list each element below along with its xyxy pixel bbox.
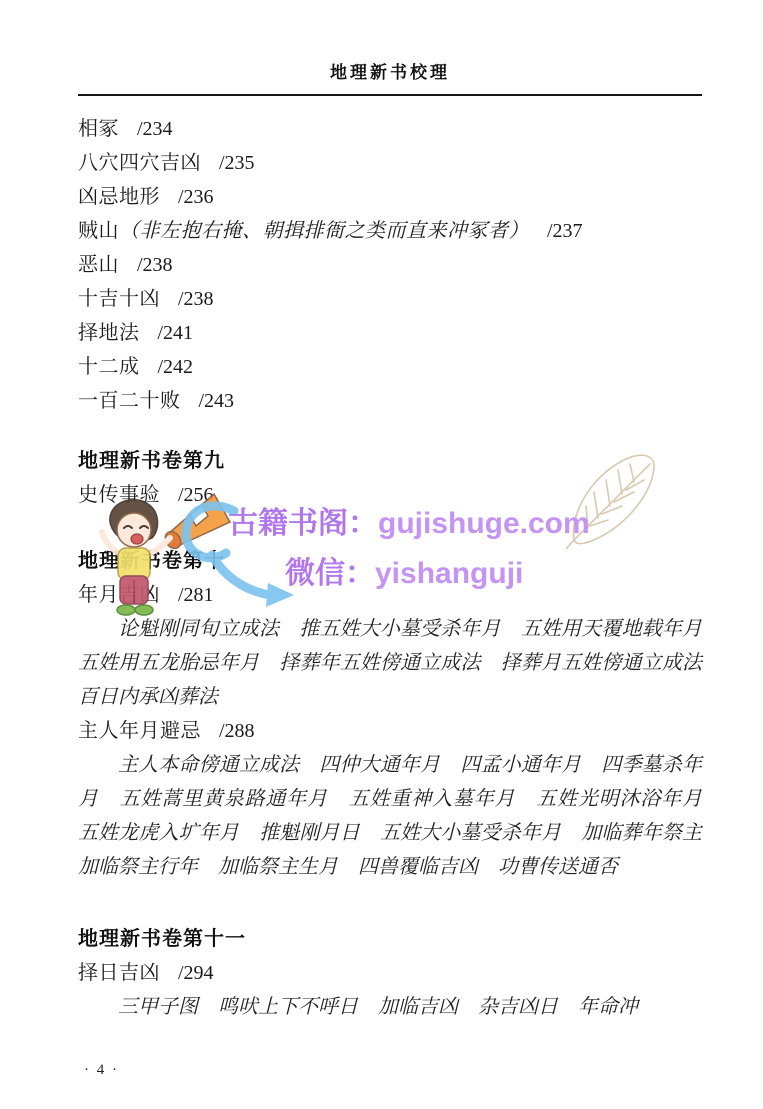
toc-entry: 主人年月避忌/288 <box>78 714 702 748</box>
toc-entry: 十二成/242 <box>78 350 702 384</box>
subentry-paragraph: 主人本命傍通立成法 四仲大通年月 四孟小通年月 四季墓杀年月 五姓蒿里黄泉路通年… <box>78 748 702 884</box>
header-rule <box>78 94 702 96</box>
page-number: · 4 · <box>84 1062 119 1079</box>
toc-entry-label: 十吉十凶 <box>78 288 160 310</box>
toc-entry-page: /243 <box>199 390 235 412</box>
toc-entry-label: 恶山 <box>78 254 119 276</box>
toc-entry-label: 择地法 <box>78 322 140 344</box>
toc-entry-label: 一百二十败 <box>78 390 181 412</box>
subentry-paragraph: 论魁刚同旬立成法 推五姓大小墓受杀年月 五姓用天覆地载年月 五姓用五龙胎忌年月 … <box>78 612 702 714</box>
toc-entry: 择日吉凶/294 <box>78 956 702 990</box>
toc-entry: 十吉十凶/238 <box>78 282 702 316</box>
section-heading: 地理新书卷第十一 <box>78 922 702 956</box>
watermark-site-url: gujishuge.com <box>378 507 590 540</box>
toc-entry: 恶山/238 <box>78 248 702 282</box>
toc-entry-page: /235 <box>219 152 255 174</box>
toc-entry-page: /288 <box>219 720 255 742</box>
toc-entry: 相冢/234 <box>78 112 702 146</box>
toc-section-chapter-11: 地理新书卷第十一 择日吉凶/294 三甲子图 鸣吠上下不呼日 加临吉凶 杂吉凶日… <box>78 922 702 1024</box>
toc-entry-page: /234 <box>137 118 173 140</box>
toc-entry-label: 十二成 <box>78 356 140 378</box>
watermark-site-label: 古籍书阁： <box>228 507 378 540</box>
toc-list: 相冢/234 八穴四穴吉凶/235 凶忌地形/236 贼山（非左抱右掩、朝揖排衙… <box>78 112 702 418</box>
toc-entry-label: 八穴四穴吉凶 <box>78 152 201 174</box>
watermark-site-line: 古籍书阁：gujishuge.com <box>228 504 590 544</box>
watermark-wechat-line: 微信：yishanguji <box>285 554 523 594</box>
toc-entry-page: /241 <box>158 322 194 344</box>
subentry-paragraph: 三甲子图 鸣吠上下不呼日 加临吉凶 杂吉凶日 年命冲 <box>78 990 702 1024</box>
toc-entry: 择地法/241 <box>78 316 702 350</box>
toc-entry-label: 贼山 <box>78 220 119 242</box>
toc-entry-label: 凶忌地形 <box>78 186 160 208</box>
toc-entry-page: /238 <box>137 254 173 276</box>
watermark-wechat-id: yishanguji <box>375 557 523 590</box>
running-head-title: 地理新书校理 <box>78 58 702 83</box>
book-page: 地理新书校理 相冢/234 八穴四穴吉凶/235 凶忌地形/236 贼山（非左抱… <box>0 0 763 1109</box>
toc-entry: 贼山（非左抱右掩、朝揖排衙之类而直来冲冢者）/237 <box>78 214 702 248</box>
toc-entry: 一百二十败/243 <box>78 384 702 418</box>
toc-entry-label: 相冢 <box>78 118 119 140</box>
toc-entry-page: /237 <box>547 220 583 242</box>
toc-entry-page: /236 <box>178 186 214 208</box>
watermark-wechat-label: 微信： <box>285 557 375 590</box>
toc-entry: 八穴四穴吉凶/235 <box>78 146 702 180</box>
toc-entry-page: /294 <box>178 962 214 984</box>
toc-entry-page: /242 <box>158 356 194 378</box>
toc-entry-label: 择日吉凶 <box>78 962 160 984</box>
toc-entry-label: 主人年月避忌 <box>78 720 201 742</box>
toc-entry-note: （非左抱右掩、朝揖排衙之类而直来冲冢者） <box>119 220 529 242</box>
toc-entry-page: /238 <box>178 288 214 310</box>
toc-entry: 凶忌地形/236 <box>78 180 702 214</box>
